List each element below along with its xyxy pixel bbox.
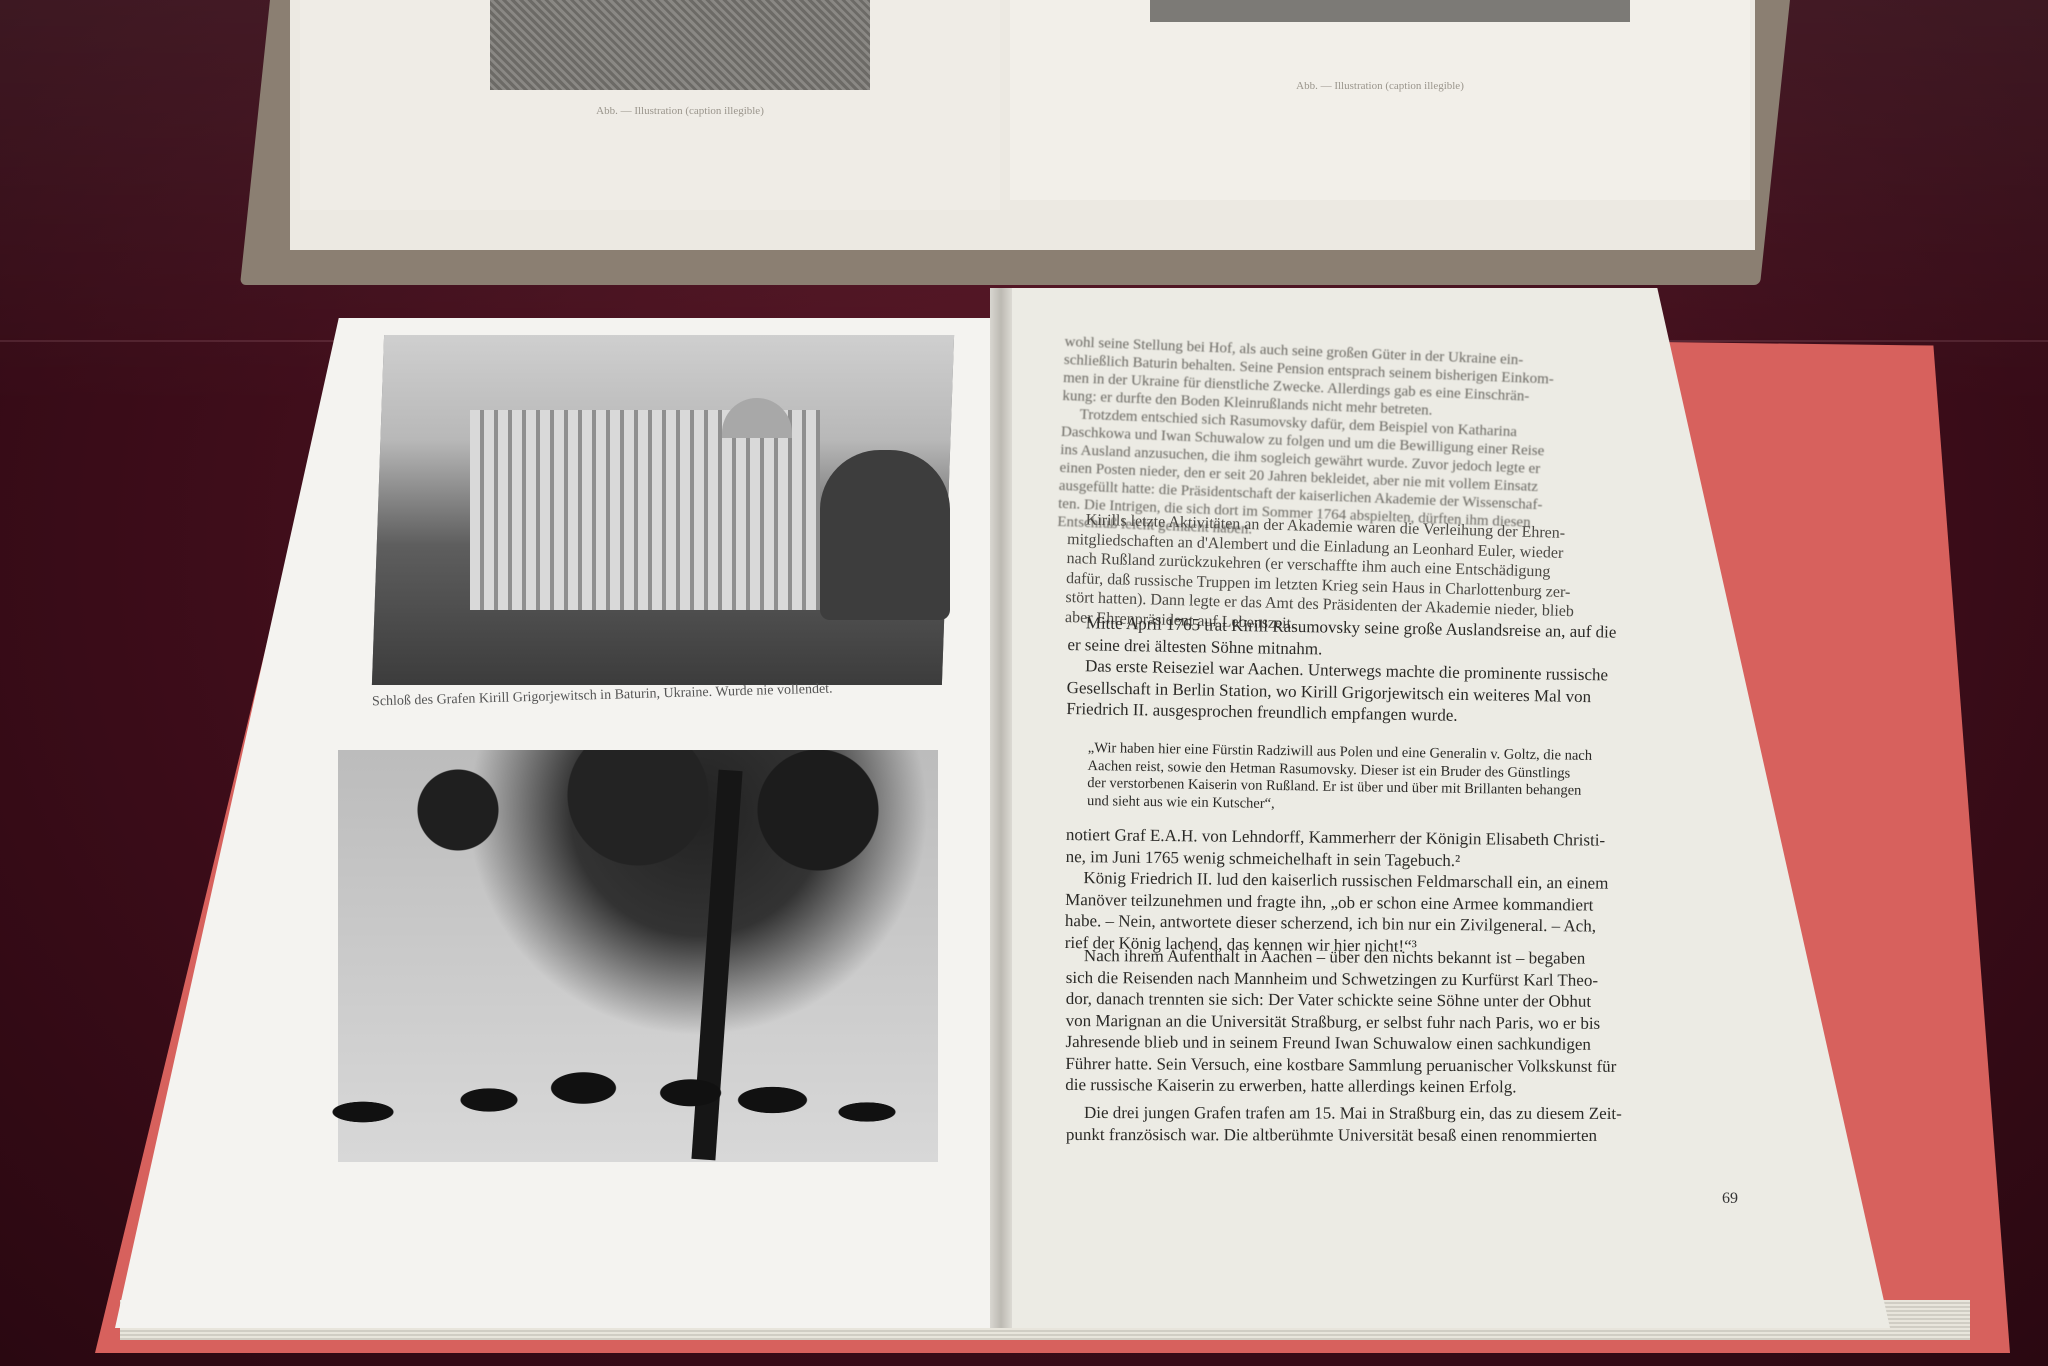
back-book-illustration-left bbox=[490, 0, 870, 90]
text-line: von Marignan an die Universität Straßbur… bbox=[1066, 1009, 1617, 1033]
text-line: punkt französisch war. Die altberühmte U… bbox=[1066, 1124, 1622, 1146]
silhouette-figures bbox=[300, 920, 930, 1160]
paragraph-grafen: Die drei jungen Grafen trafen am 15. Mai… bbox=[1066, 1102, 1622, 1146]
block-quote: „Wir haben hier eine Fürstin Radziwill a… bbox=[1087, 740, 1592, 818]
text-line: Die drei jungen Grafen trafen am 15. Mai… bbox=[1066, 1102, 1622, 1124]
palace-facade bbox=[470, 410, 820, 610]
paragraph-reise: Mitte April 1765 trat Kirill Rasumovsky … bbox=[1066, 612, 1616, 729]
page-number: 69 bbox=[1722, 1190, 1738, 1208]
trees bbox=[820, 450, 950, 620]
text-line: Nach ihrem Aufenthalt in Aachen – über d… bbox=[1066, 945, 1617, 969]
back-book-caption-left: Abb. — Illustration (caption illegible) bbox=[500, 105, 860, 117]
text-line: Jahresende blieb und in seinem Freund Iw… bbox=[1065, 1031, 1616, 1055]
back-book-right-page bbox=[1010, 0, 1750, 200]
back-book-illustration-right bbox=[1150, 0, 1630, 22]
text-line: dor, danach trennten sie sich: Der Vater… bbox=[1066, 988, 1617, 1012]
paragraph-aachen: Nach ihrem Aufenthalt in Aachen – über d… bbox=[1065, 945, 1617, 1098]
text-line: Führer hatte. Sein Versuch, eine kostbar… bbox=[1065, 1052, 1616, 1076]
book-gutter bbox=[990, 288, 1012, 1328]
text-line: die russische Kaiserin zu erwerben, hatt… bbox=[1065, 1074, 1616, 1098]
tree-canopy bbox=[338, 750, 938, 900]
back-book-caption-right: Abb. — Illustration (caption illegible) bbox=[1200, 80, 1560, 92]
text-line: sich die Reisenden nach Mannheim und Sch… bbox=[1066, 966, 1617, 990]
paragraph-lehndorff: notiert Graf E.A.H. von Lehndorff, Kamme… bbox=[1065, 824, 1609, 959]
